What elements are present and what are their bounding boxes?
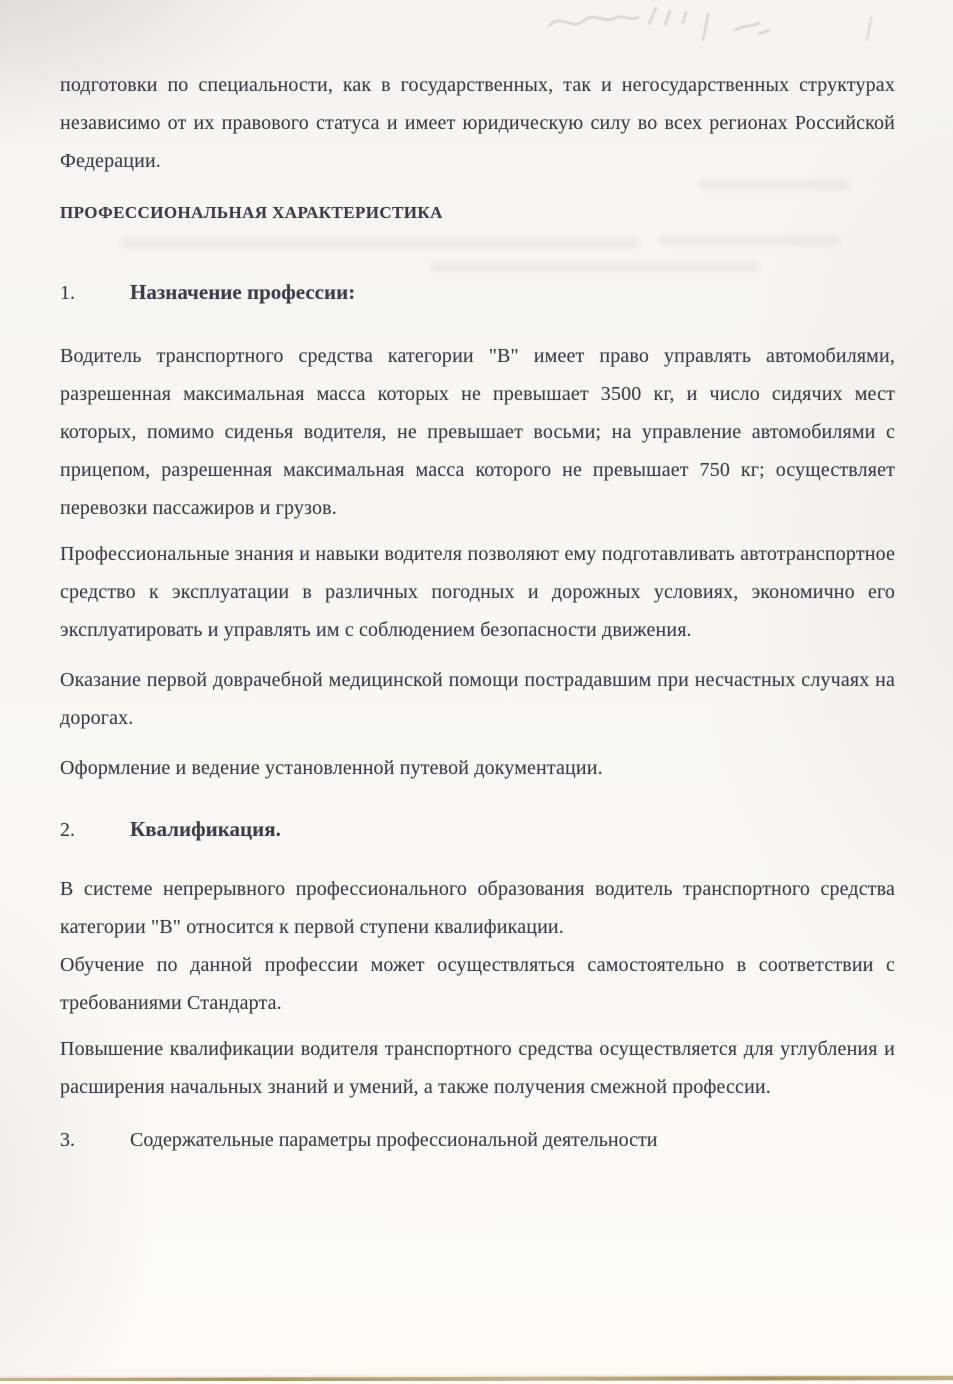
body-paragraph: Профессиональные знания и навыки водител… [60,535,895,649]
body-paragraph: Оформление и ведение установленной путев… [60,749,895,787]
body-paragraph: В системе непрерывного профессионального… [60,870,895,946]
document-body: подготовки по специальности, как в госуд… [60,0,895,1154]
body-paragraph: Водитель транспортного средства категори… [60,337,895,527]
section-title: Назначение профессии: [130,278,355,306]
body-paragraph: Повышение квалификации водителя транспор… [60,1030,895,1106]
section-heading-1: 1. Назначение профессии: [60,278,895,307]
section-number: 2. [60,816,130,844]
section-title: Квалификация. [130,815,281,843]
intro-paragraph: подготовки по специальности, как в госуд… [60,66,895,180]
section-title: Содержательные параметры профессионально… [130,1126,657,1154]
main-heading: ПРОФЕССИОНАЛЬНАЯ ХАРАКТЕРИСТИКА [60,202,895,224]
body-paragraph: Оказание первой доврачебной медицинской … [60,661,895,737]
section-number: 3. [60,1126,130,1154]
section-heading-2: 2. Квалификация. [60,815,895,844]
section-heading-3: 3. Содержательные параметры профессионал… [60,1126,895,1154]
body-paragraph: Обучение по данной профессии может осуще… [60,946,895,1022]
scanned-document-page: подготовки по специальности, как в госуд… [0,0,953,1384]
section-number: 1. [60,279,130,307]
